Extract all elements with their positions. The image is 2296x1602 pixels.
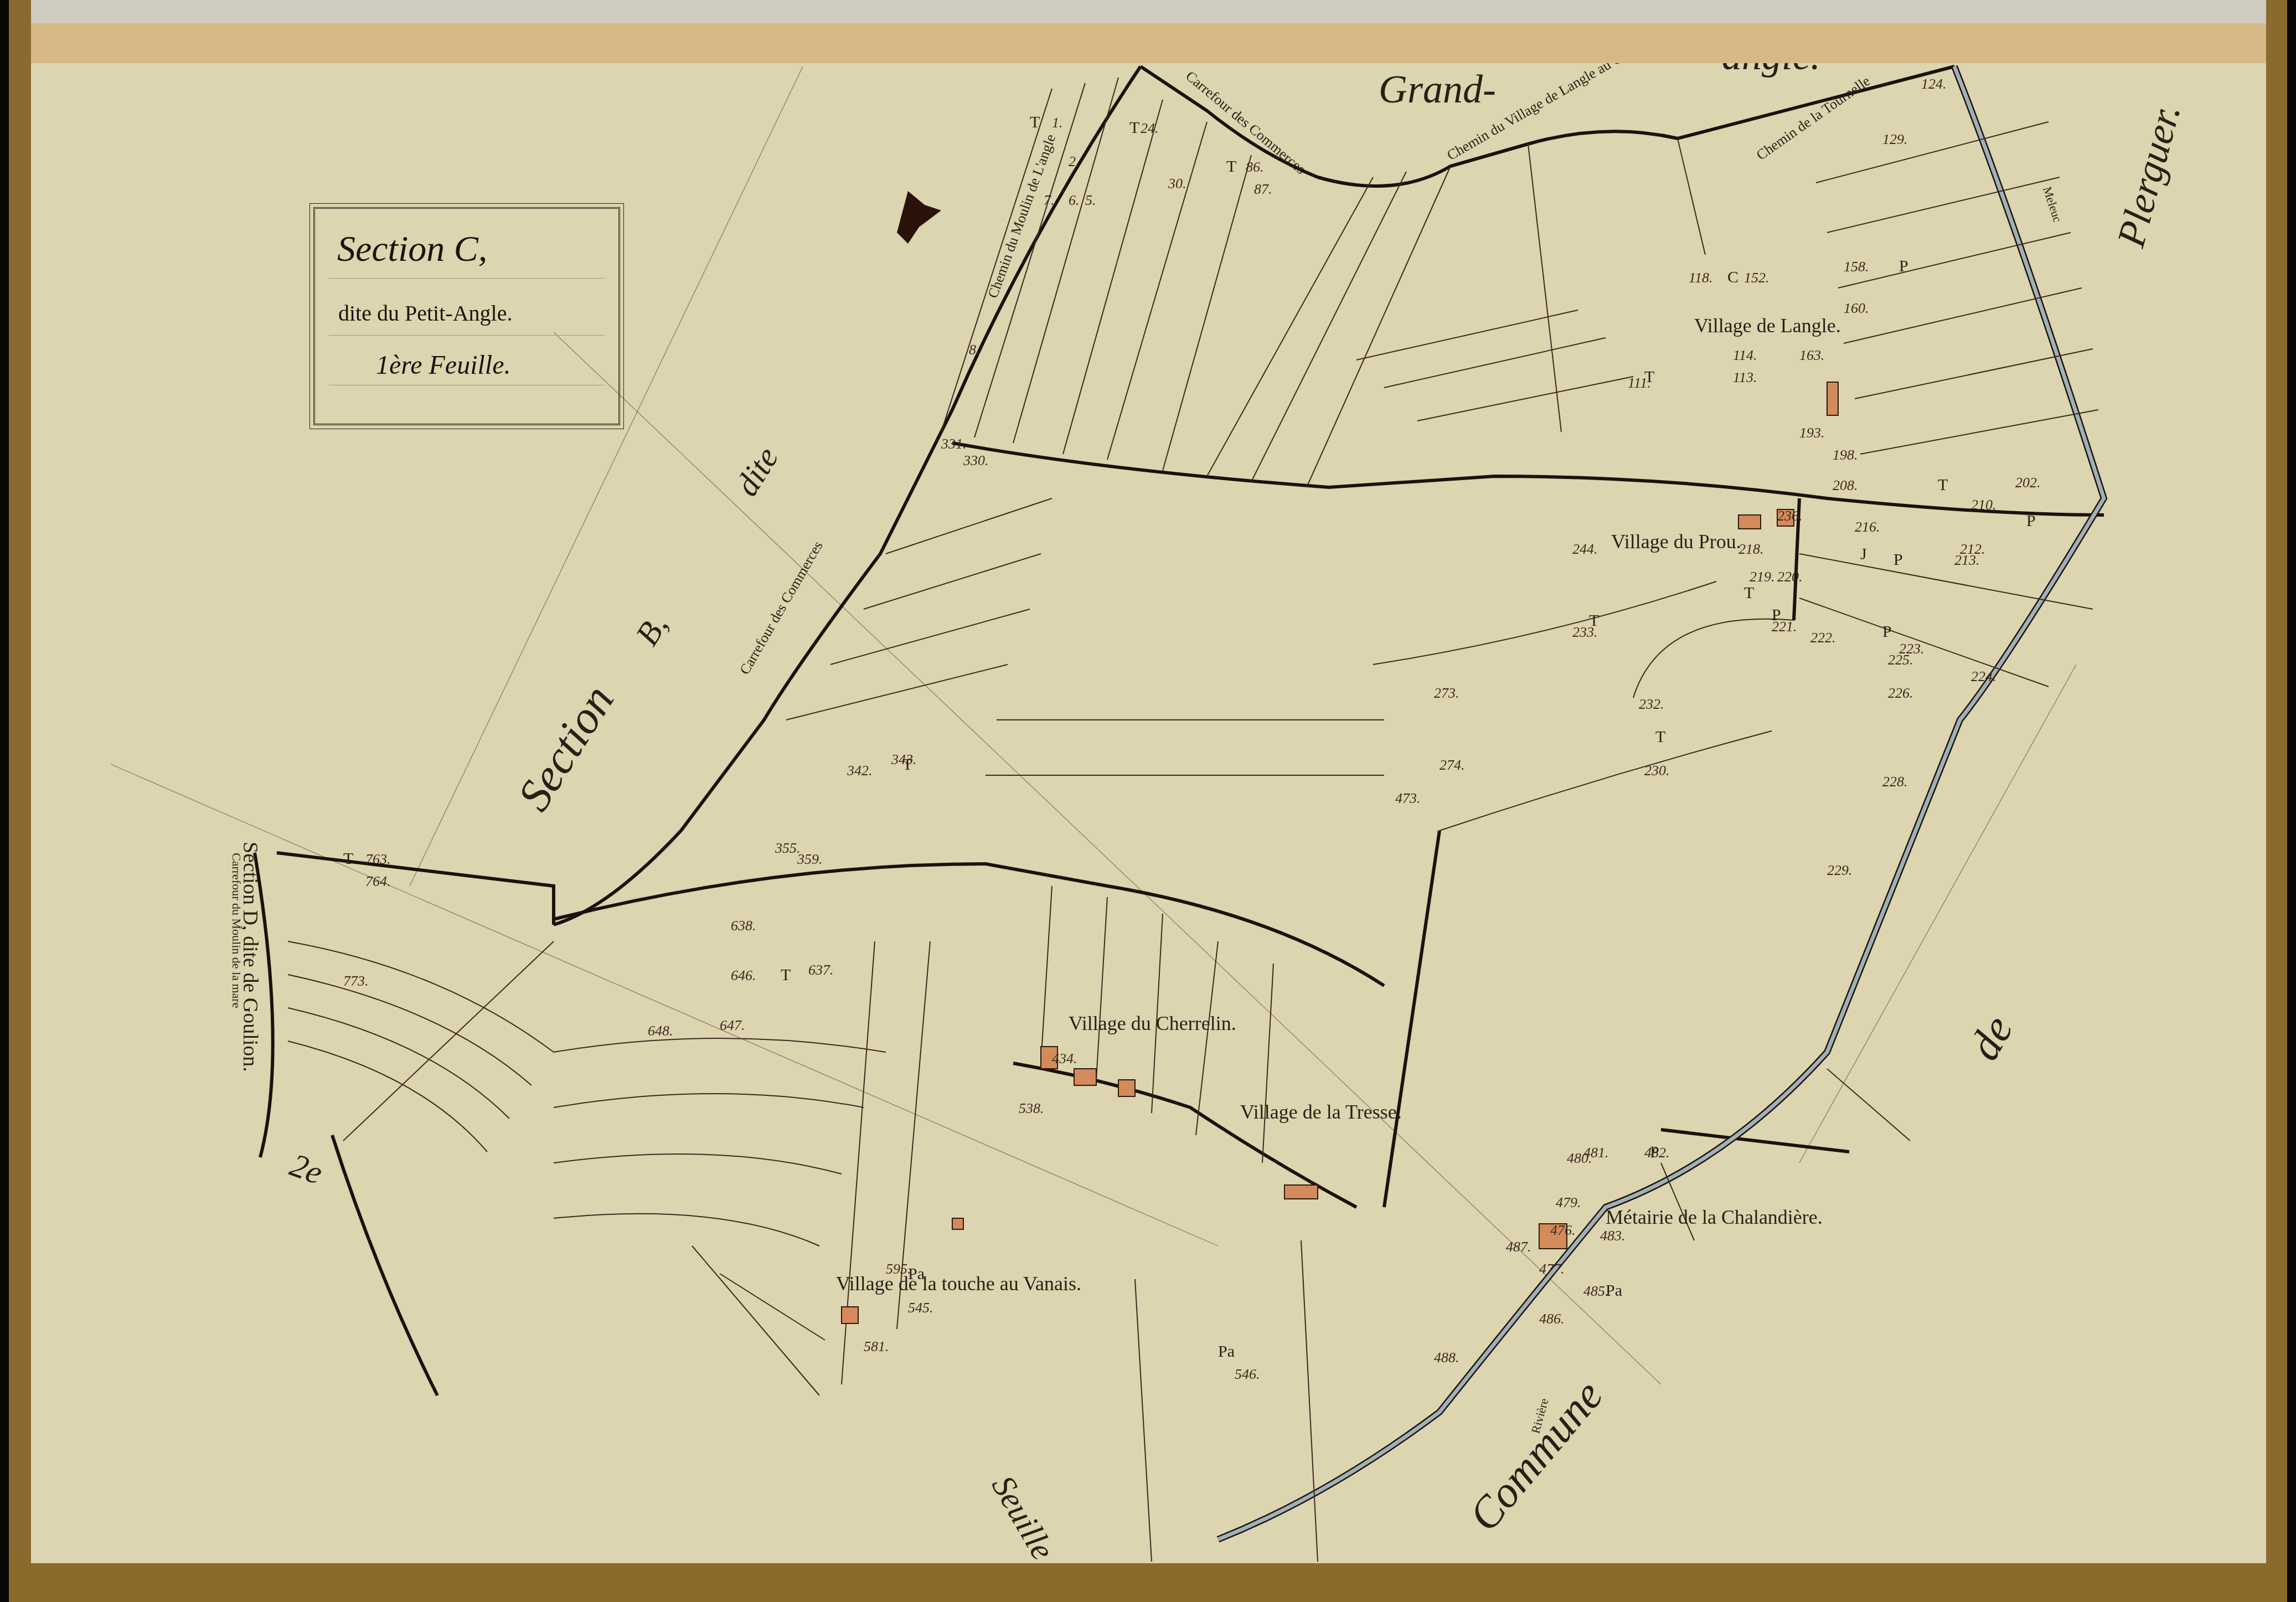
paper-tape-strip — [31, 23, 2266, 64]
svg-text:210.: 210. — [1971, 497, 1996, 513]
section-subtitle: dite du Petit-Angle. — [338, 300, 512, 326]
label-2e: 2e — [286, 1146, 328, 1191]
svg-text:473.: 473. — [1395, 790, 1421, 806]
svg-text:87.: 87. — [1254, 181, 1272, 197]
svg-text:638.: 638. — [731, 918, 756, 934]
ink-blot — [897, 191, 941, 244]
svg-text:2.: 2. — [1069, 153, 1080, 169]
svg-text:8.: 8. — [969, 342, 980, 358]
svg-text:485.: 485. — [1583, 1283, 1609, 1299]
label-b: B, — [628, 608, 674, 652]
road-label-top-right: Chemin de la Tournelle — [1753, 73, 1873, 163]
central-road — [554, 864, 1384, 986]
svg-text:222.: 222. — [1810, 630, 1836, 646]
svg-text:6.: 6. — [1069, 192, 1080, 208]
svg-text:114.: 114. — [1733, 347, 1757, 363]
label-grand: Grand- — [1379, 67, 1496, 111]
svg-text:538.: 538. — [1019, 1100, 1044, 1116]
svg-text:228.: 228. — [1882, 774, 1908, 790]
svg-text:202.: 202. — [2015, 475, 2041, 491]
svg-text:225.: 225. — [1888, 652, 1913, 668]
central-east-road — [952, 443, 2104, 515]
svg-text:Pa: Pa — [1606, 1281, 1622, 1300]
svg-text:T: T — [1644, 368, 1654, 386]
village-label: Village de la Tresse. — [1240, 1101, 1402, 1123]
svg-text:152.: 152. — [1744, 270, 1769, 286]
buildings — [842, 382, 1838, 1323]
svg-text:481.: 481. — [1583, 1145, 1609, 1161]
survey-line — [1799, 665, 2076, 1163]
svg-text:P: P — [1772, 606, 1781, 624]
svg-text:198.: 198. — [1833, 447, 1858, 463]
sheet-number: 1ère Feuille. — [376, 350, 510, 380]
svg-text:216.: 216. — [1855, 519, 1880, 535]
svg-text:581.: 581. — [864, 1338, 889, 1354]
svg-text:274.: 274. — [1439, 757, 1465, 773]
mount-board-bottom — [9, 1563, 2287, 1602]
svg-text:163.: 163. — [1799, 347, 1825, 363]
svg-text:236.: 236. — [1777, 508, 1803, 524]
svg-text:219.: 219. — [1750, 569, 1775, 585]
svg-text:1.: 1. — [1052, 115, 1063, 131]
svg-text:434.: 434. — [1052, 1050, 1077, 1067]
svg-text:483.: 483. — [1600, 1228, 1626, 1244]
svg-text:160.: 160. — [1844, 300, 1869, 316]
svg-text:595.: 595. — [886, 1261, 911, 1277]
svg-text:30.: 30. — [1168, 176, 1186, 192]
scan-frame: Grand- angle. Plerguer. Section B, dite … — [0, 0, 2296, 1602]
survey-line — [554, 332, 1661, 1384]
svg-text:342.: 342. — [847, 763, 873, 779]
svg-text:T: T — [1030, 113, 1040, 131]
label-seuille: Seuille — [985, 1470, 1062, 1564]
svg-text:P: P — [1899, 257, 1908, 275]
svg-text:T: T — [1938, 476, 1948, 494]
svg-text:218.: 218. — [1738, 541, 1764, 557]
svg-text:647.: 647. — [720, 1017, 745, 1033]
svg-text:P: P — [1882, 622, 1892, 641]
svg-text:488.: 488. — [1434, 1349, 1459, 1366]
river-water — [1218, 66, 2104, 1539]
svg-text:P: P — [1893, 550, 1903, 569]
svg-text:129.: 129. — [1882, 131, 1908, 147]
road-label-west: Carrefour des Commerces — [736, 538, 826, 677]
svg-text:230.: 230. — [1644, 763, 1670, 779]
svg-text:763.: 763. — [365, 851, 391, 867]
label-dite: dite — [728, 441, 786, 502]
svg-text:646.: 646. — [731, 967, 756, 983]
village-label: Village de la touche au Vanais. — [836, 1273, 1081, 1295]
svg-text:224.: 224. — [1971, 668, 1996, 684]
svg-text:C: C — [1727, 268, 1738, 286]
svg-text:229.: 229. — [1827, 862, 1853, 878]
svg-text:220.: 220. — [1777, 569, 1803, 585]
svg-text:158.: 158. — [1844, 259, 1869, 275]
svg-text:476.: 476. — [1550, 1222, 1576, 1238]
southwest-road — [332, 1135, 437, 1395]
svg-text:7.: 7. — [1044, 192, 1055, 208]
section-title: Section C, — [337, 228, 487, 270]
title-cartouche: Section C, dite du Petit-Angle. 1ère Feu… — [313, 207, 620, 425]
village-label: Village du Prou. — [1611, 530, 1741, 553]
svg-text:T: T — [1744, 584, 1754, 602]
svg-text:244.: 244. — [1572, 541, 1598, 557]
svg-text:T: T — [1589, 611, 1599, 630]
svg-text:Pa: Pa — [908, 1265, 925, 1283]
chalandiere-lane — [1661, 1130, 1849, 1152]
village-label: Village du Cherrelin. — [1069, 1012, 1236, 1034]
north-south-road — [1384, 831, 1439, 1207]
northwest-road — [277, 853, 554, 925]
svg-text:T: T — [1226, 157, 1236, 176]
label-commune: Commune — [1459, 1371, 1612, 1540]
svg-text:487.: 487. — [1506, 1239, 1531, 1255]
svg-text:P: P — [1650, 1143, 1659, 1161]
village-label: Village de Langle. — [1694, 315, 1841, 337]
svg-text:T: T — [343, 849, 353, 868]
svg-text:118.: 118. — [1689, 270, 1713, 286]
svg-text:764.: 764. — [365, 873, 391, 889]
svg-text:546.: 546. — [1235, 1366, 1260, 1382]
svg-text:355.: 355. — [775, 840, 801, 856]
svg-text:232.: 232. — [1639, 696, 1664, 712]
svg-text:193.: 193. — [1799, 425, 1825, 441]
svg-text:773.: 773. — [343, 973, 369, 989]
svg-text:648.: 648. — [648, 1023, 673, 1039]
svg-text:86.: 86. — [1246, 159, 1264, 175]
river-meleuc — [1218, 66, 2104, 1539]
fabric-hinge-strip — [31, 0, 2266, 23]
svg-text:486.: 486. — [1539, 1311, 1565, 1327]
svg-text:113.: 113. — [1733, 369, 1757, 385]
svg-text:213.: 213. — [1954, 552, 1980, 568]
mount-board-left — [9, 0, 31, 1602]
svg-text:479.: 479. — [1556, 1194, 1581, 1210]
svg-text:545.: 545. — [908, 1300, 933, 1316]
label-angle: angle. — [1722, 63, 1820, 78]
svg-text:331.: 331. — [941, 436, 967, 452]
svg-text:208.: 208. — [1833, 477, 1858, 493]
svg-text:637.: 637. — [808, 962, 834, 978]
label-section-b: Section — [508, 676, 624, 820]
svg-text:330.: 330. — [963, 452, 989, 468]
river-label-meleuc: Meleuc — [2040, 185, 2065, 224]
svg-text:359.: 359. — [797, 851, 823, 867]
svg-text:T: T — [781, 966, 791, 984]
mount-board-right — [2266, 0, 2287, 1602]
village-label: Métairie de la Chalandière. — [1606, 1206, 1823, 1228]
svg-text:T: T — [902, 755, 912, 774]
label-de: de — [1959, 1008, 2022, 1068]
svg-text:24.: 24. — [1141, 120, 1159, 136]
svg-text:124.: 124. — [1921, 76, 1947, 92]
svg-text:Pa: Pa — [1218, 1342, 1235, 1361]
survey-line — [111, 764, 1218, 1246]
svg-text:273.: 273. — [1434, 685, 1459, 701]
svg-text:477.: 477. — [1539, 1261, 1565, 1277]
label-plerguer: Plerguer. — [2108, 99, 2189, 252]
svg-text:J: J — [1860, 545, 1867, 563]
svg-text:T: T — [1655, 728, 1665, 746]
svg-text:5.: 5. — [1085, 192, 1096, 208]
svg-text:P: P — [2026, 512, 2036, 530]
road-label-carrefour-mare: Carrefour du Moulin de la mare — [230, 853, 244, 1008]
map-sheet: Grand- angle. Plerguer. Section B, dite … — [31, 63, 2266, 1564]
svg-text:226.: 226. — [1888, 685, 1913, 701]
svg-text:T: T — [1129, 119, 1139, 137]
